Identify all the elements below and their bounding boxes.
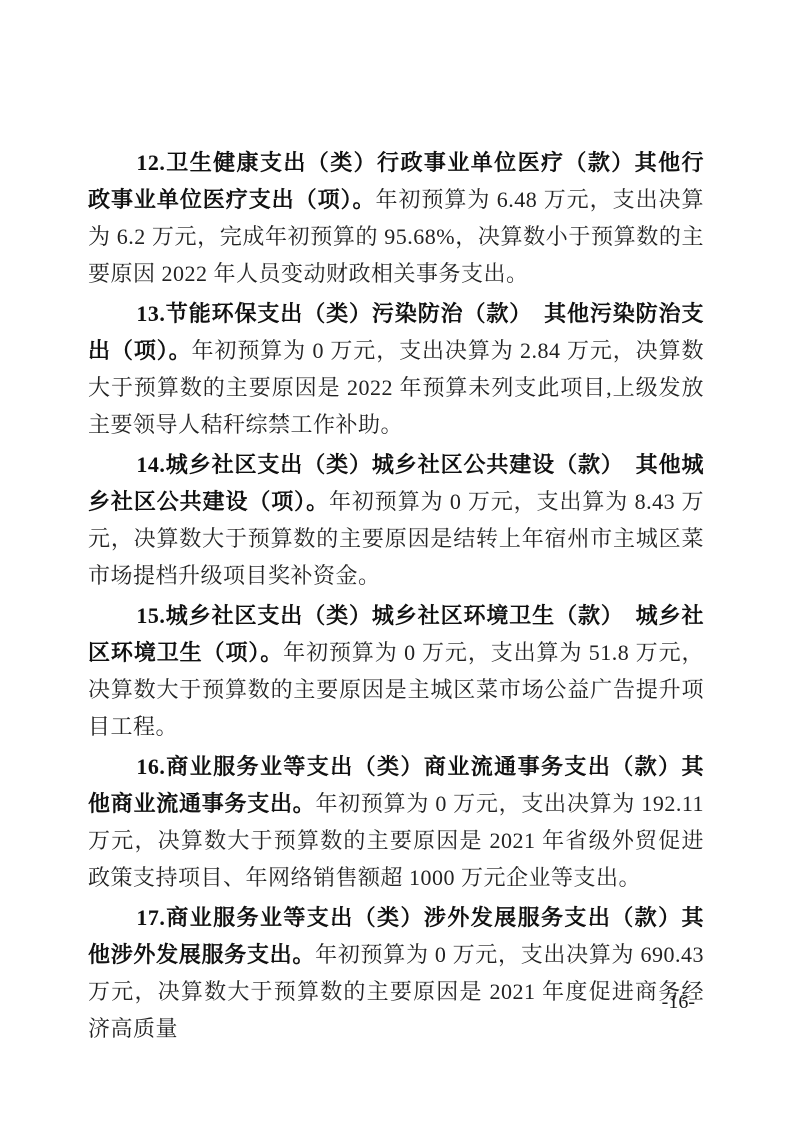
paragraph-13: 13.节能环保支出（类）污染防治（款） 其他污染防治支出（项）。年初预算为 0 … <box>88 295 704 443</box>
document-page: 12.卫生健康支出（类）行政事业单位医疗（款）其他行政事业单位医疗支出（项）。年… <box>0 0 793 1122</box>
paragraph-12: 12.卫生健康支出（类）行政事业单位医疗（款）其他行政事业单位医疗支出（项）。年… <box>88 144 704 292</box>
paragraph-16: 16.商业服务业等支出（类）商业流通事务支出（款）其他商业流通事务支出。年初预算… <box>88 748 704 896</box>
document-body: 12.卫生健康支出（类）行政事业单位医疗（款）其他行政事业单位医疗支出（项）。年… <box>88 144 704 1050</box>
paragraph-15: 15.城乡社区支出（类）城乡社区环境卫生（款） 城乡社区环境卫生（项）。年初预算… <box>88 597 704 745</box>
page-number: -16- <box>662 988 695 1016</box>
paragraph-17: 17.商业服务业等支出（类）涉外发展服务支出（款）其他涉外发展服务支出。年初预算… <box>88 899 704 1047</box>
paragraph-14: 14.城乡社区支出（类）城乡社区公共建设（款） 其他城乡社区公共建设（项）。年初… <box>88 446 704 594</box>
